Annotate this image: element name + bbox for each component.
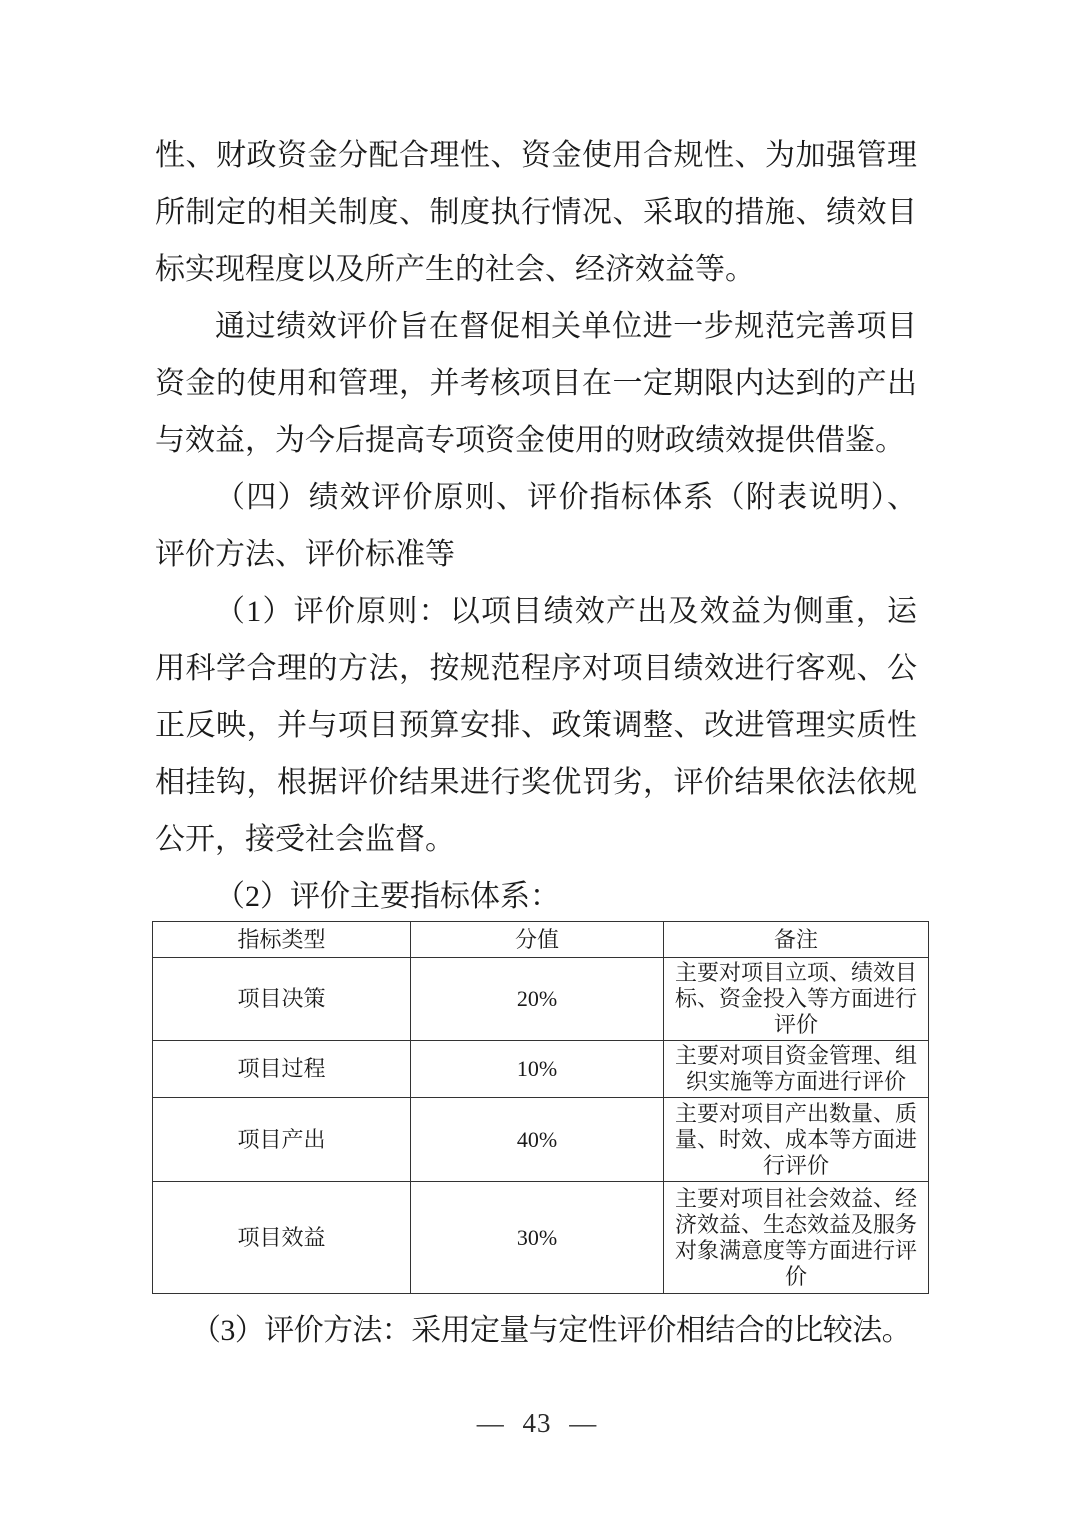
item-2-indicator-system-intro: （2）评价主要指标体系： (155, 868, 917, 925)
table-row-project-benefit: 项目效益 30% 主要对项目社会效益、经济效益、生态效益及服务对象满意度等方面进… (153, 1182, 929, 1294)
document-body: 性、财政资金分配合理性、资金使用合规性、为加强管理所制定的相关制度、制度执行情况… (155, 127, 917, 1359)
paragraph-continuation: 性、财政资金分配合理性、资金使用合规性、为加强管理所制定的相关制度、制度执行情况… (155, 127, 917, 298)
table-header-row: 指标类型 分值 备注 (153, 922, 929, 958)
table-row-project-process: 项目过程 10% 主要对项目资金管理、组织实施等方面进行评价 (153, 1041, 929, 1098)
cell-indicator-type: 项目过程 (153, 1041, 411, 1098)
table-header-score: 分值 (411, 922, 664, 958)
cell-indicator-type: 项目决策 (153, 958, 411, 1041)
cell-score: 30% (411, 1182, 664, 1294)
table-row-project-output: 项目产出 40% 主要对项目产出数量、质量、时效、成本等方面进行评价 (153, 1098, 929, 1182)
document-page: 性、财政资金分配合理性、资金使用合规性、为加强管理所制定的相关制度、制度执行情况… (0, 0, 1074, 1520)
cell-indicator-type: 项目产出 (153, 1098, 411, 1182)
cell-remark: 主要对项目产出数量、质量、时效、成本等方面进行评价 (664, 1098, 929, 1182)
cell-score: 40% (411, 1098, 664, 1182)
page-number: — 43 — (0, 1408, 1074, 1439)
cell-score: 10% (411, 1041, 664, 1098)
item-1-evaluation-principles: （1）评价原则：以项目绩效产出及效益为侧重，运用科学合理的方法，按规范程序对项目… (155, 583, 917, 868)
table-header-remark: 备注 (664, 922, 929, 958)
cell-remark: 主要对项目社会效益、经济效益、生态效益及服务对象满意度等方面进行评价 (664, 1182, 929, 1294)
section-heading-four: （四）绩效评价原则、评价指标体系（附表说明）、评价方法、评价标准等 (155, 469, 917, 583)
cell-score: 20% (411, 958, 664, 1041)
table-row-project-decision: 项目决策 20% 主要对项目立项、绩效目标、资金投入等方面进行评价 (153, 958, 929, 1041)
indicator-table: 指标类型 分值 备注 项目决策 20% 主要对项目立项、绩效目标、资金投入等方面… (152, 921, 929, 1294)
table-header-indicator-type: 指标类型 (153, 922, 411, 958)
paragraph-evaluation-purpose: 通过绩效评价旨在督促相关单位进一步规范完善项目资金的使用和管理，并考核项目在一定… (155, 298, 917, 469)
item-3-evaluation-method: （3）评价方法：采用定量与定性评价相结合的比较法。 (155, 1302, 917, 1359)
cell-remark: 主要对项目资金管理、组织实施等方面进行评价 (664, 1041, 929, 1098)
cell-indicator-type: 项目效益 (153, 1182, 411, 1294)
cell-remark: 主要对项目立项、绩效目标、资金投入等方面进行评价 (664, 958, 929, 1041)
